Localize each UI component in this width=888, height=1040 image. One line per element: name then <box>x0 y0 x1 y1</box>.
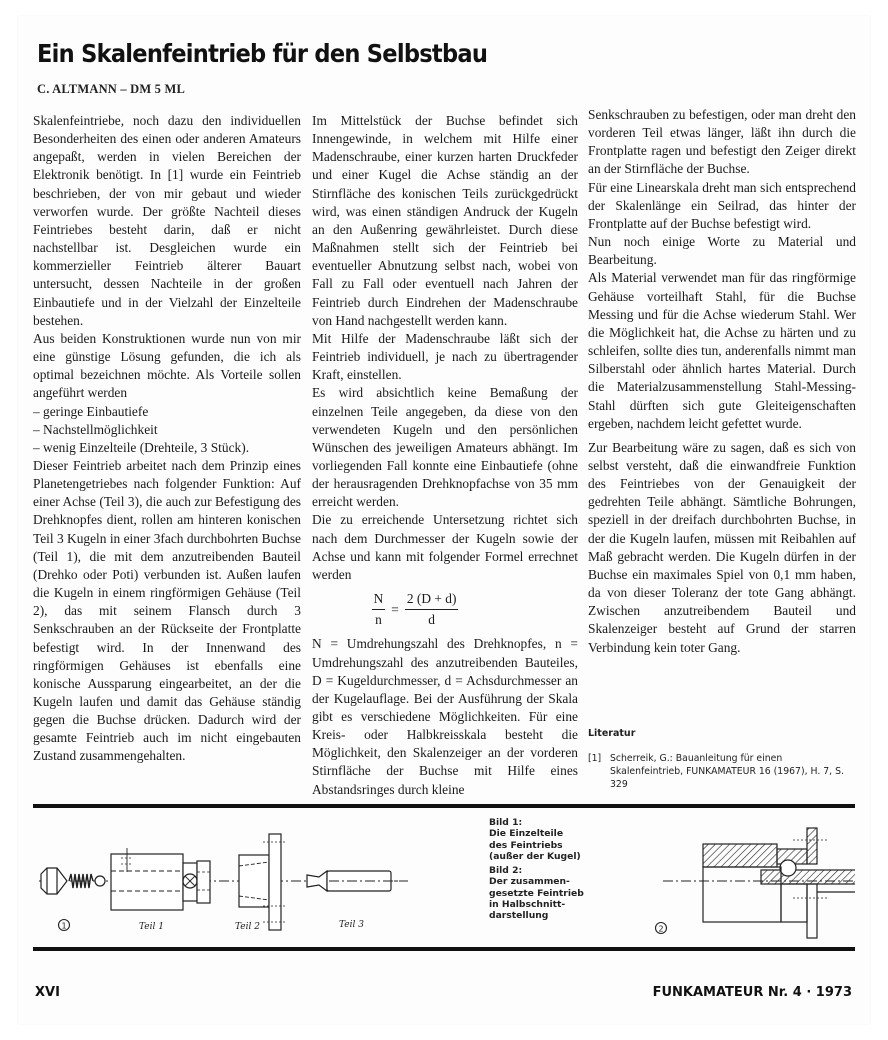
journal-issue: FUNKAMATEUR Nr. 4 · 1973 <box>653 985 852 1000</box>
part-label-teil-2: Teil 2 <box>235 922 260 932</box>
caption-line: (außer der Kugel) <box>489 851 584 862</box>
formula-rhs: 2 (D + d) d <box>405 590 459 629</box>
caption-title: Bild 2: <box>489 865 584 876</box>
text-column-3: Senkschrauben zu befestigen, oder man dr… <box>588 106 856 657</box>
caption-line: Die Einzelteile <box>489 828 584 839</box>
paragraph: Für eine Linearskala dreht man sich ents… <box>588 179 856 233</box>
caption-bild-1: Bild 1: Die Einzelteile des Feintriebs (… <box>489 817 584 862</box>
figure-captions: Bild 1: Die Einzelteile des Feintriebs (… <box>489 817 584 925</box>
caption-title: Bild 1: <box>489 817 584 828</box>
text-column-1: Skalenfeintriebe, noch dazu den individu… <box>33 112 301 766</box>
article-title: Ein Skalenfeintrieb für den Selbstbau <box>37 39 487 68</box>
caption-line: darstellung <box>489 910 584 921</box>
part-label-teil-1: Teil 1 <box>139 922 164 932</box>
paragraph: N = Umdrehungszahl des Drehknopfes, n = … <box>312 635 578 798</box>
figure-top-rule <box>33 804 855 808</box>
literature-heading: Literatur <box>588 728 635 739</box>
caption-bild-2: Bild 2: Der zusammen- gesetzte Feintrieb… <box>489 865 584 921</box>
article-author: C. ALTMANN – DM 5 ML <box>37 82 185 97</box>
paragraph: Senkschrauben zu befestigen, oder man dr… <box>588 106 856 179</box>
paragraph: Dieser Feintrieb arbeitet nach dem Prinz… <box>33 457 301 766</box>
literature-text: Scherreik, G.: Bauanleitung für einen Sk… <box>610 752 853 791</box>
caption-line: Der zusammen- <box>489 876 584 887</box>
paragraph: Es wird absichtlich keine Bemaßung der e… <box>312 384 578 511</box>
formula-lhs-denominator: n <box>375 610 382 629</box>
caption-line: gesetzte Feintrieb <box>489 888 584 899</box>
formula-rhs-denominator: d <box>428 610 435 629</box>
figure-1-exploded-parts <box>39 834 408 930</box>
paragraph: Skalenfeintriebe, noch dazu den individu… <box>33 112 301 330</box>
paragraph: Mit Hilfe der Madenschraube läßt sich de… <box>312 330 578 384</box>
caption-line: in Halbschnitt- <box>489 899 584 910</box>
formula-lhs-numerator: N <box>372 590 386 610</box>
literature-item: [1] Scherreik, G.: Bauanleitung für eine… <box>588 752 853 791</box>
text-column-2: Im Mittelstück der Buchse befindet sich … <box>312 112 578 799</box>
literature-number: [1] <box>588 752 610 791</box>
formula-equals: = <box>391 601 399 619</box>
paragraph: Aus beiden Konstruktionen wurde nun von … <box>33 330 301 403</box>
figure-bottom-rule <box>33 947 855 951</box>
advantage-item: – geringe Einbautiefe <box>33 403 301 421</box>
formula-rhs-numerator: 2 (D + d) <box>405 590 459 610</box>
caption-line: des Feintriebs <box>489 840 584 851</box>
paragraph: Im Mittelstück der Buchse befindet sich … <box>312 112 578 330</box>
figure-1-number: 1 <box>61 922 66 931</box>
formula-lhs: N n <box>372 590 386 629</box>
part-label-teil-3: Teil 3 <box>339 920 364 930</box>
paragraph: Die zu erreichende Untersetzung richtet … <box>312 511 578 584</box>
advantage-item: – Nachstellmöglichkeit <box>33 421 301 439</box>
figure-2-half-section <box>663 828 855 938</box>
paragraph: Nun noch einige Worte zu Material und Be… <box>588 233 856 269</box>
page-number: XVI <box>35 985 60 1000</box>
paragraph: Zur Bearbeitung wäre zu sagen, daß es si… <box>588 439 856 657</box>
figure-2-number: 2 <box>658 925 663 934</box>
advantage-item: – wenig Einzelteile (Drehteile, 3 Stück)… <box>33 439 301 457</box>
reduction-formula: N n = 2 (D + d) d <box>312 590 578 629</box>
paragraph: Als Material verwendet man für das ringf… <box>588 269 856 432</box>
figure-drawings: 1 Teil 1 Teil 2 Teil 3 2 <box>33 812 855 944</box>
